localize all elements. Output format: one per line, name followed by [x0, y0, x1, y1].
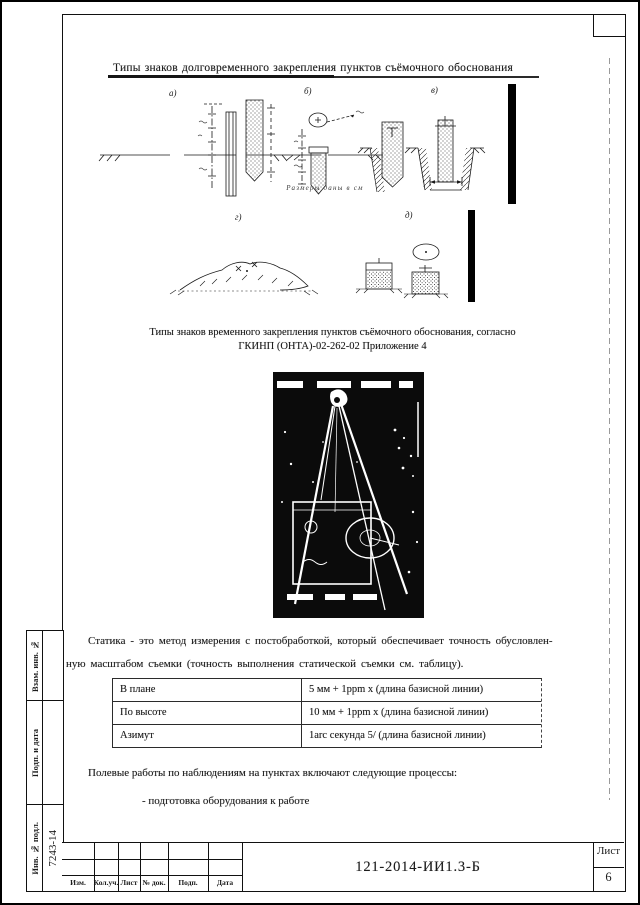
col-podp: Подп.: [178, 878, 197, 887]
figure-label-g: г): [235, 212, 242, 222]
statika-line-2: ную масштабом съемки (точность выполнени…: [66, 653, 620, 676]
fieldwork-intro: Полевые работы по наблюдениям на пунктах…: [88, 762, 608, 785]
tripod-station-photo: [273, 372, 424, 618]
figure-label-a: а): [169, 88, 177, 98]
fieldwork-item: - подготовка оборудования к работе: [142, 790, 542, 813]
stamp-label: Подп. и дата: [27, 701, 43, 805]
stamp-box-vzam-inv: Взам. инв. №: [26, 630, 64, 702]
heading-underline-thick: [108, 75, 334, 78]
title-block: Изм. Кол.уч. Лист № док. Подп. Дата 121-…: [62, 842, 624, 891]
statika-line-1: Статика - это метод измерения с постобра…: [66, 630, 620, 653]
stamp-label: Взам. инв. №: [27, 631, 43, 701]
temporary-monuments-icon: [356, 244, 448, 298]
temporary-markers-diagram: г) д): [150, 210, 470, 305]
row-param: Азимут: [113, 725, 302, 747]
title-block-line: [168, 843, 169, 891]
caption-line-2: ГКИНП (ОНТА)-02-262-02 Приложение 4: [80, 340, 585, 354]
sheet-number: 6: [593, 870, 624, 885]
col-list: Лист: [121, 878, 138, 887]
title-block-line: [62, 875, 242, 876]
stamp-value: [43, 701, 63, 805]
stamp-box-podp-data: Подп. и дата: [26, 700, 64, 806]
inventory-number: 7243-14: [47, 830, 59, 867]
figure-label-b: б): [304, 86, 312, 96]
marker-b-stake-icon: [287, 111, 383, 194]
heading-underline-thin: [334, 76, 539, 78]
marker-v-pit-monuments-icon: [358, 116, 485, 192]
col-data: Дата: [217, 878, 233, 887]
stamp-label: Инв. № подл.: [27, 805, 43, 891]
statika-paragraph: Статика - это метод измерения с постобра…: [66, 630, 620, 676]
table-row: В плане 5 мм + 1ppm x (длина базисной ли…: [113, 679, 541, 701]
figure-label-v: в): [431, 85, 438, 95]
table-row: По высоте 10 мм + 1ppm x (длина базисной…: [113, 701, 541, 724]
title-block-line: [208, 843, 209, 891]
earth-mound-icon: [170, 262, 318, 295]
marker-a-pipe-and-stake-icon: [99, 100, 291, 196]
row-param: По высоте: [113, 702, 302, 724]
col-koluch: Кол.уч.: [94, 878, 119, 887]
document-number: 121-2014-ИИ1.3-Б: [243, 843, 593, 891]
figure-dimensions-caption: Размеры даны в см: [240, 184, 410, 192]
stamp-label-text: Инв. № подл.: [30, 822, 40, 875]
stamp-label-text: Подп. и дата: [30, 729, 40, 777]
stamp-box-inv-podl: Инв. № подл. 7243-14: [26, 804, 64, 892]
stamp-value: [43, 631, 63, 701]
row-value: 1arc секунда 5/ (длина базисной линии): [302, 725, 541, 747]
accuracy-table: В плане 5 мм + 1ppm x (длина базисной ли…: [112, 678, 542, 748]
sheet-label: Лист: [593, 845, 624, 857]
col-izm: Изм.: [70, 878, 86, 887]
scan-streak-line: [609, 58, 610, 800]
table-row: Азимут 1arc секунда 5/ (длина базисной л…: [113, 724, 541, 747]
caption-line-1: Типы знаков временного закрепления пункт…: [80, 326, 585, 340]
figure-label-d: д): [405, 210, 413, 220]
stamp-value: 7243-14: [43, 805, 63, 891]
row-value: 10 мм + 1ppm x (длина базисной линии): [302, 702, 541, 724]
col-nodok: № док.: [142, 878, 165, 887]
frame-corner-box: [593, 14, 626, 37]
title-block-line: [140, 843, 141, 891]
scanned-document-sheet: Типы знаков долговременного закрепления …: [0, 0, 640, 905]
scan-artifact-bar-1: [508, 84, 516, 204]
title-block-line: [62, 859, 242, 860]
title-block-line: [593, 867, 624, 868]
stamp-label-text: Взам. инв. №: [30, 640, 40, 692]
temporary-markers-caption: Типы знаков временного закрепления пункт…: [80, 326, 585, 354]
page-title: Типы знаков долговременного закрепления …: [80, 62, 546, 74]
row-value: 5 мм + 1ppm x (длина базисной линии): [302, 679, 541, 701]
row-param: В плане: [113, 679, 302, 701]
